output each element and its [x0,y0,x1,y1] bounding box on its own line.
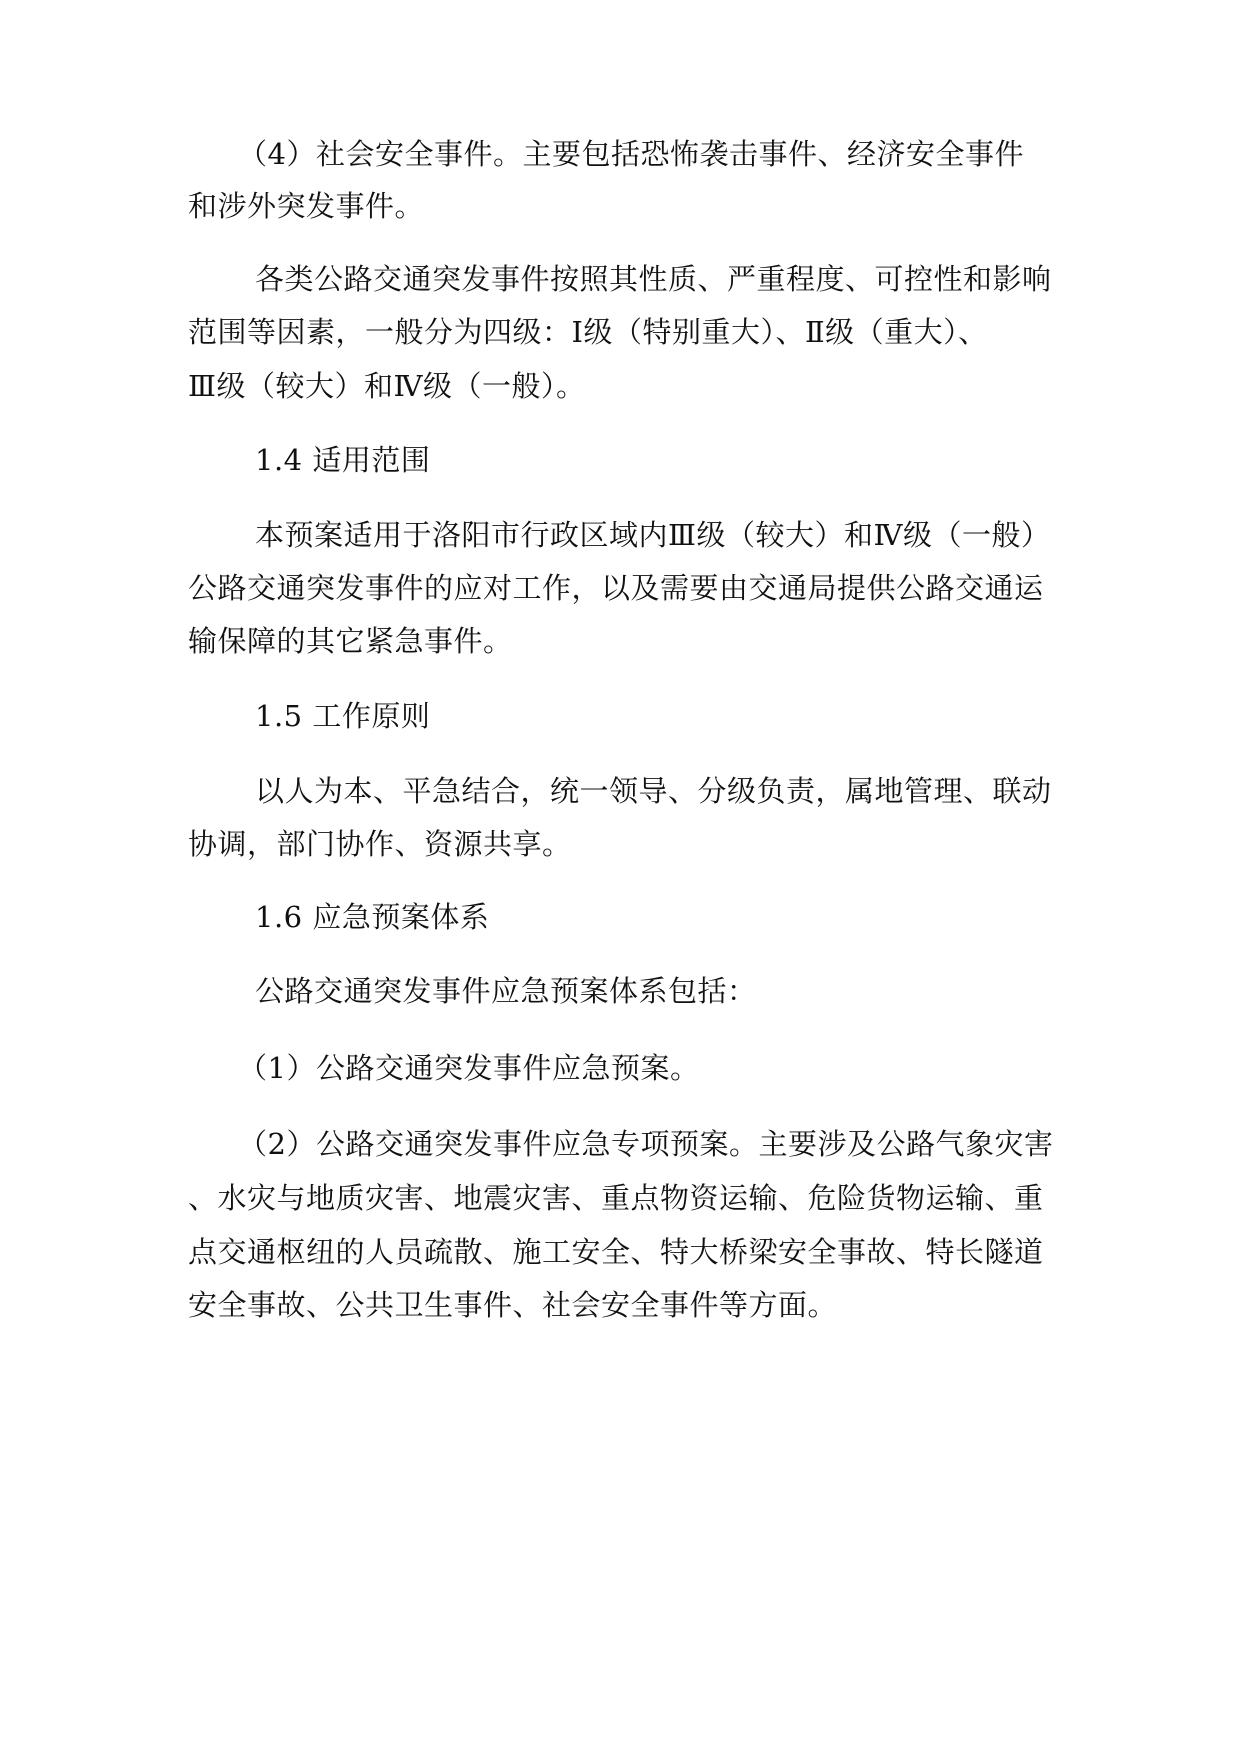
paragraph-line: 和涉外突发事件。 [188,186,424,226]
document-page: （4）社会安全事件。主要包括恐怖袭击事件、经济安全事件 和涉外突发事件。 各类公… [0,0,1241,1754]
section-heading-scope: 1.4 适用范围 [255,440,430,480]
paragraph-line: 协调，部门协作、资源共享。 [188,824,572,864]
paragraph-line: 本预案适用于洛阳市行政区域内Ⅲ级（较大）和Ⅳ级（一般） [255,515,1050,555]
list-item: （1）公路交通突发事件应急预案。 [238,1048,699,1088]
paragraph-line: 范围等因素，一般分为四级：Ⅰ级（特别重大）、Ⅱ级（重大）、 [188,312,988,352]
paragraph-line: （4）社会安全事件。主要包括恐怖袭击事件、经济安全事件 [238,134,1024,174]
paragraph-line: 以人为本、平急结合，统一领导、分级负责，属地管理、联动 [255,771,1052,811]
section-heading-system: 1.6 应急预案体系 [255,897,489,937]
paragraph-line: 公路交通突发事件应急预案体系包括： [255,971,757,1011]
paragraph-line: 、水灾与地质灾害、地震灾害、重点物资运输、危险货物运输、重 [188,1178,1044,1218]
list-item: （2）公路交通突发事件应急专项预案。主要涉及公路气象灾害 [238,1124,1053,1164]
paragraph-line: Ⅲ级（较大）和Ⅳ级（一般）。 [188,366,585,406]
paragraph-line: 公路交通突发事件的应对工作，以及需要由交通局提供公路交通运 [188,568,1044,608]
paragraph-line: 点交通枢纽的人员疏散、施工安全、特大桥梁安全事故、特长隧道 [188,1232,1044,1272]
paragraph-line: 安全事故、公共卫生事件、社会安全事件等方面。 [188,1285,837,1325]
section-heading-principles: 1.5 工作原则 [255,696,430,736]
paragraph-line: 各类公路交通突发事件按照其性质、严重程度、可控性和影响 [255,259,1052,299]
paragraph-line: 输保障的其它紧急事件。 [188,621,513,661]
